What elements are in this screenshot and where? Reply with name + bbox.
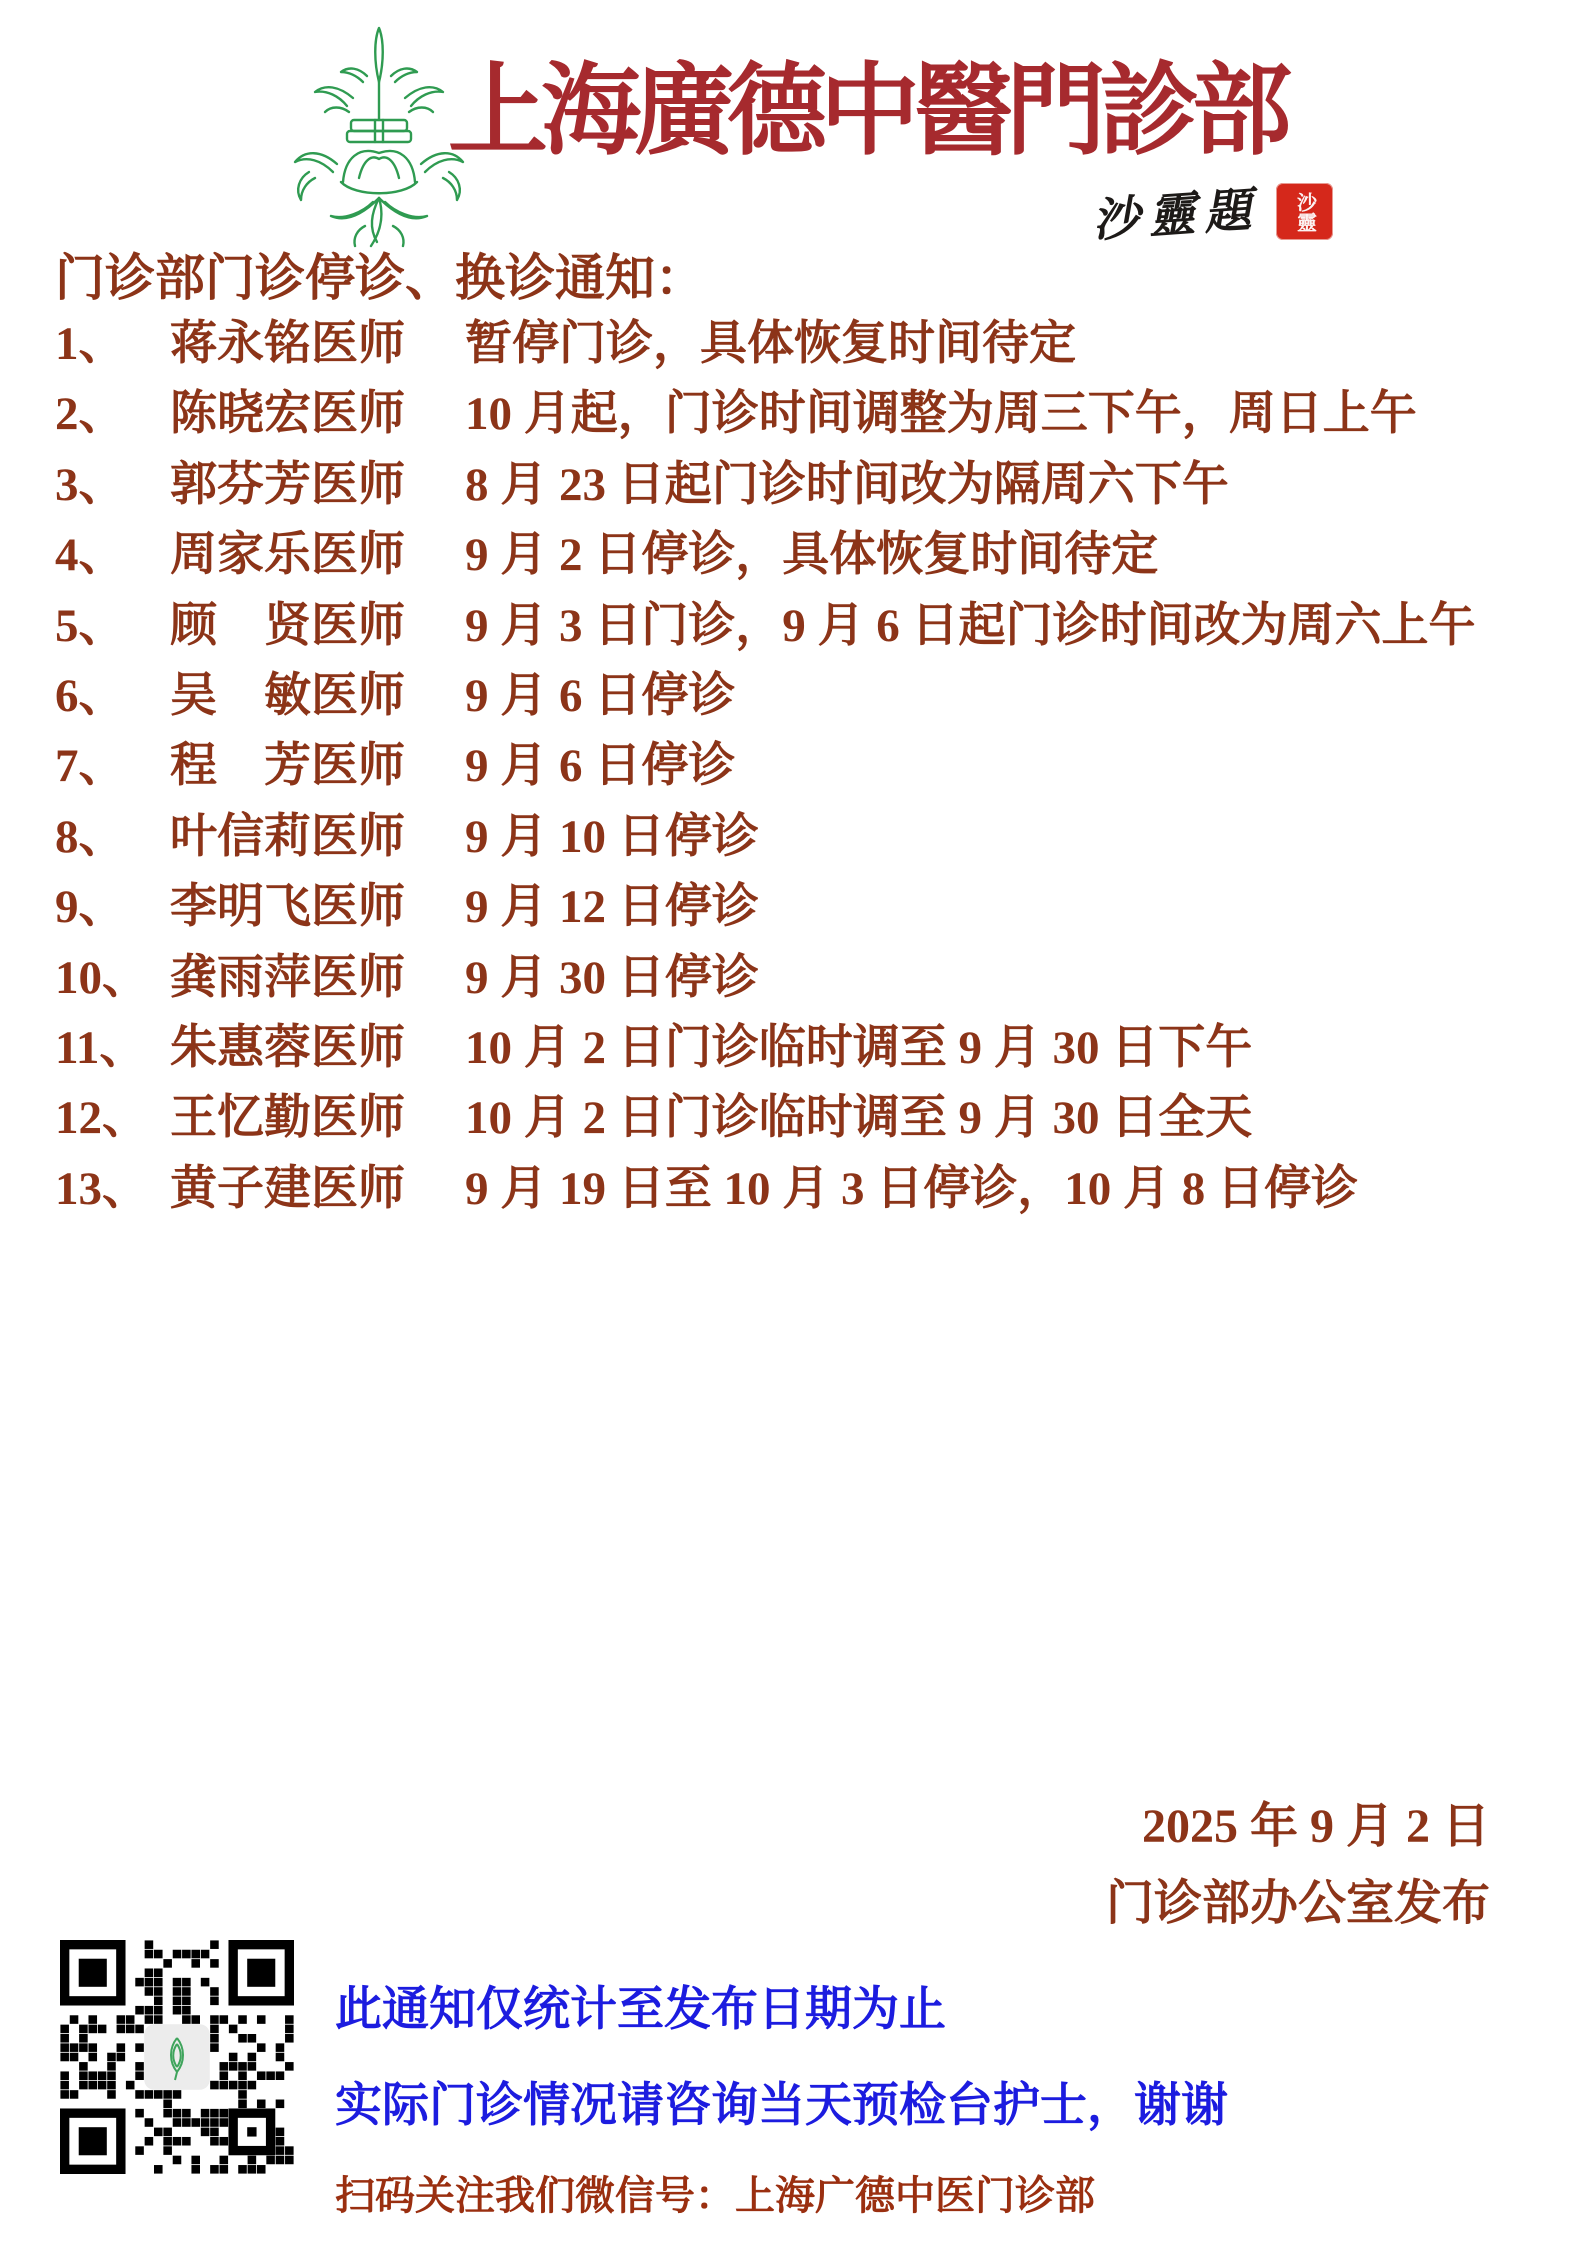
schedule-item: 11、 朱惠蓉医师 10 月 2 日门诊临时调至 9 月 30 日下午 xyxy=(55,1010,1535,1080)
publish-date: 2025 年 9 月 2 日 xyxy=(1106,1788,1490,1865)
doctor-name: 郭芬芳医师 xyxy=(170,447,465,514)
schedule-detail: 9 月 30 日停诊 xyxy=(465,940,1535,1007)
schedule-item: 4、 周家乐医师 9 月 2 日停诊，具体恢复时间待定 xyxy=(55,517,1535,587)
schedule-detail: 9 月 6 日停诊 xyxy=(465,728,1535,795)
signature-block: 沙靈題 沙靈 xyxy=(1092,178,1333,245)
item-number: 11、 xyxy=(55,1010,170,1077)
doctor-name: 龚雨萍医师 xyxy=(170,940,465,1007)
schedule-detail: 10 月 2 日门诊临时调至 9 月 30 日下午 xyxy=(465,1010,1535,1077)
doctor-name: 陈晓宏医师 xyxy=(170,376,465,443)
doctor-name: 吴 敏医师 xyxy=(170,658,465,725)
clinic-notice-page: 上海廣德中醫門診部 沙靈題 沙靈 门诊部门诊停诊、换诊通知： 1、 蒋永铭医师 … xyxy=(0,0,1588,2245)
publisher: 门诊部办公室发布 xyxy=(1106,1865,1490,1942)
publish-block: 2025 年 9 月 2 日 门诊部办公室发布 xyxy=(1106,1788,1490,1942)
item-number: 12、 xyxy=(55,1080,170,1147)
doctor-name: 顾 贤医师 xyxy=(170,588,465,655)
schedule-detail: 暂停门诊，具体恢复时间待定 xyxy=(465,306,1535,373)
doctor-name: 叶信莉医师 xyxy=(170,799,465,866)
item-number: 9、 xyxy=(55,869,170,936)
schedule-detail: 9 月 3 日门诊，9 月 6 日起门诊时间改为周六上午 xyxy=(465,588,1535,655)
wechat-qr-code-icon xyxy=(60,1940,294,2174)
doctor-name: 李明飞医师 xyxy=(170,869,465,936)
schedule-detail: 10 月 2 日门诊临时调至 9 月 30 日全天 xyxy=(465,1080,1535,1147)
item-number: 8、 xyxy=(55,799,170,866)
schedule-detail: 8 月 23 日起门诊时间改为隔周六下午 xyxy=(465,447,1535,514)
schedule-detail: 9 月 19 日至 10 月 3 日停诊，10 月 8 日停诊 xyxy=(465,1151,1535,1218)
item-number: 4、 xyxy=(55,517,170,584)
schedule-detail: 9 月 12 日停诊 xyxy=(465,869,1535,936)
schedule-item: 3、 郭芬芳医师 8 月 23 日起门诊时间改为隔周六下午 xyxy=(55,447,1535,517)
schedule-item: 7、 程 芳医师 9 月 6 日停诊 xyxy=(55,728,1535,798)
schedule-item: 13、 黄子建医师 9 月 19 日至 10 月 3 日停诊，10 月 8 日停… xyxy=(55,1151,1535,1221)
schedule-detail: 9 月 10 日停诊 xyxy=(465,799,1535,866)
item-number: 3、 xyxy=(55,447,170,514)
schedule-item: 6、 吴 敏医师 9 月 6 日停诊 xyxy=(55,658,1535,728)
clinic-name: 上海廣德中醫門診部 xyxy=(448,30,1285,174)
item-number: 13、 xyxy=(55,1151,170,1218)
doctor-name: 蒋永铭医师 xyxy=(170,306,465,373)
note-line-1: 此通知仅统计至发布日期为止 xyxy=(335,1972,1228,2039)
item-number: 1、 xyxy=(55,306,170,373)
schedule-item: 9、 李明飞医师 9 月 12 日停诊 xyxy=(55,869,1535,939)
schedule-item: 1、 蒋永铭医师 暂停门诊，具体恢复时间待定 xyxy=(55,306,1535,376)
red-seal-stamp-icon: 沙靈 xyxy=(1276,183,1333,240)
doctor-name: 周家乐医师 xyxy=(170,517,465,584)
footer-notes: 此通知仅统计至发布日期为止 实际门诊情况请咨询当天预检台护士，谢谢 扫码关注我们… xyxy=(335,1972,1228,2221)
doctor-name: 程 芳医师 xyxy=(170,728,465,795)
item-number: 2、 xyxy=(55,376,170,443)
schedule-detail: 10 月起，门诊时间调整为周三下午，周日上午 xyxy=(465,376,1535,443)
schedule-item: 5、 顾 贤医师 9 月 3 日门诊，9 月 6 日起门诊时间改为周六上午 xyxy=(55,588,1535,658)
seal-text: 沙靈 xyxy=(1294,192,1316,232)
schedule-item: 10、 龚雨萍医师 9 月 30 日停诊 xyxy=(55,940,1535,1010)
qr-caption: 扫码关注我们微信号：上海广德中医门诊部 xyxy=(335,2164,1228,2221)
item-number: 10、 xyxy=(55,940,170,1007)
doctor-name: 黄子建医师 xyxy=(170,1151,465,1218)
doctor-name: 王忆勤医师 xyxy=(170,1080,465,1147)
item-number: 5、 xyxy=(55,588,170,655)
schedule-item: 8、 叶信莉医师 9 月 10 日停诊 xyxy=(55,799,1535,869)
notice-title: 门诊部门诊停诊、换诊通知： xyxy=(55,238,705,310)
note-line-2: 实际门诊情况请咨询当天预检台护士，谢谢 xyxy=(335,2068,1228,2135)
calligrapher-signature: 沙靈題 xyxy=(1090,172,1262,251)
schedule-detail: 9 月 6 日停诊 xyxy=(465,658,1535,725)
schedule-list: 1、 蒋永铭医师 暂停门诊，具体恢复时间待定 2、 陈晓宏医师 10 月起，门诊… xyxy=(55,306,1535,1221)
item-number: 6、 xyxy=(55,658,170,725)
schedule-item: 2、 陈晓宏医师 10 月起，门诊时间调整为周三下午，周日上午 xyxy=(55,376,1535,446)
item-number: 7、 xyxy=(55,728,170,795)
schedule-item: 12、 王忆勤医师 10 月 2 日门诊临时调至 9 月 30 日全天 xyxy=(55,1080,1535,1150)
schedule-detail: 9 月 2 日停诊，具体恢复时间待定 xyxy=(465,517,1535,584)
doctor-name: 朱惠蓉医师 xyxy=(170,1010,465,1077)
